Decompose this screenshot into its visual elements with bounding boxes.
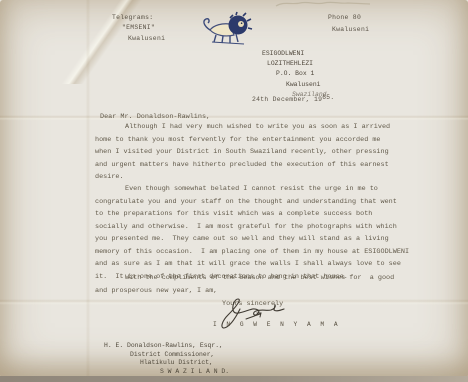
pencil-annotation xyxy=(272,0,382,8)
phone-place: Kwaluseni xyxy=(332,26,369,33)
date-year-inserted: 65. xyxy=(322,94,334,101)
telegrams-place: Kwaluseni xyxy=(128,35,165,42)
letter-date: 24th December, 1965. xyxy=(252,96,334,103)
scanned-letter-photo: Telegrams: "EMSENI" Kwaluseni Phone 80 K… xyxy=(0,0,468,382)
paragraph-3: With the compliments of the Season and t… xyxy=(95,274,411,299)
paragraph-2: Even though somewhat belated I cannot re… xyxy=(95,185,411,285)
scan-shadow xyxy=(0,376,468,382)
telegrams-label: Telegrams: xyxy=(112,14,153,21)
recipient-address: H. E. Donaldson-Rawlins, Esqr.,District … xyxy=(104,342,229,376)
telegrams-value: "EMSENI" xyxy=(122,24,155,31)
signer-title: I N G W E N Y A M A xyxy=(213,321,341,328)
date-typed: 24th December, 19 xyxy=(252,96,322,103)
phone-number: Phone 80 xyxy=(328,14,361,21)
salutation: Dear Mr. Donaldson-Rawlins, xyxy=(100,111,210,124)
lion-emblem-icon xyxy=(196,8,260,48)
sender-address: ESIGODLWENILOZITHEHLEZIP.O. Box 1Kwaluse… xyxy=(262,50,327,101)
paragraph-1: Although I had very much wished to write… xyxy=(95,123,411,186)
